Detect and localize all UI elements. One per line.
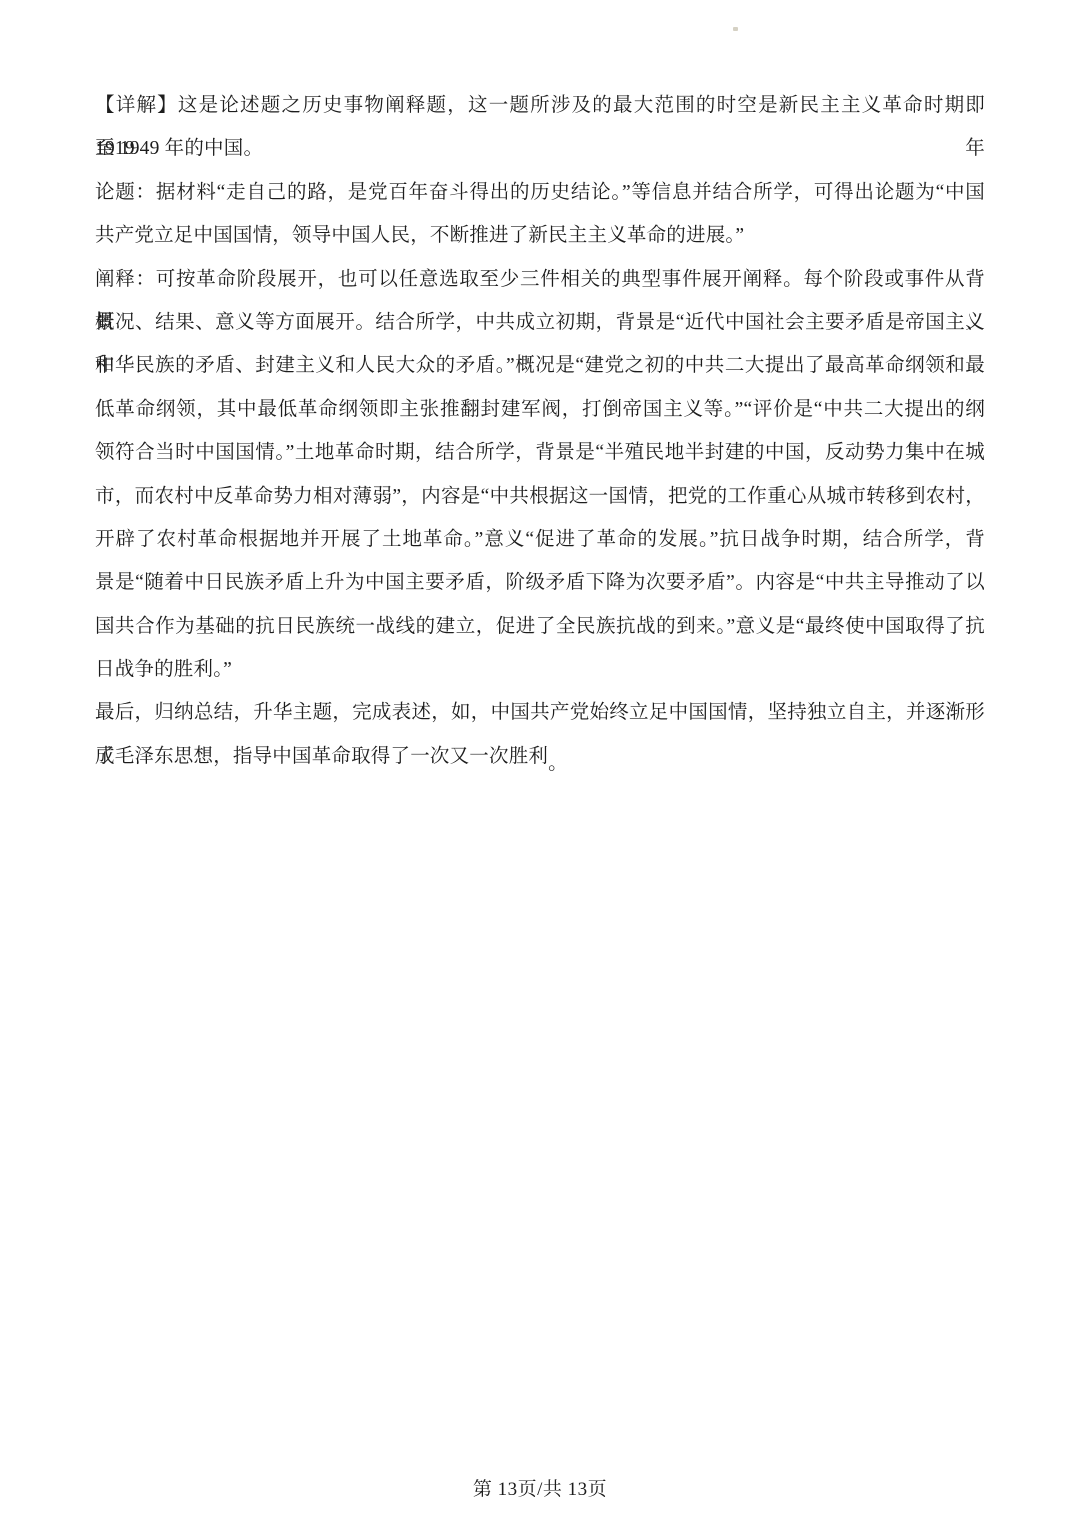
text-line-7: 中华民族的矛盾、封建主义和人民大众的矛盾。”概况是“建党之初的中共二大提出了最高…: [95, 344, 985, 387]
page-number-indicator: 第 13页/共 13页: [473, 1479, 607, 1500]
text-line-6: 概况、结果、意义等方面展开。结合所学，中共成立初期，背景是“近代中国社会主要矛盾…: [95, 301, 985, 344]
page-footer: 第 13页/共 13页: [0, 1474, 1080, 1501]
scan-artifact-dot: [733, 27, 738, 31]
text-line-10: 市，而农村中反革命势力相对薄弱”，内容是“中共根据这一国情，把党的工作重心从城市…: [95, 475, 985, 518]
text-line-1: 【详解】这是论述题之历史事物阐释题，这一题所涉及的最大范围的时空是新民主主义革命…: [95, 84, 985, 127]
text-line-11: 开辟了农村革命根据地并开展了土地革命。”意义“促进了革命的发展。”抗日战争时期，…: [95, 518, 985, 561]
text-line-8: 低革命纲领，其中最低革命纲领即主张推翻封建军阀，打倒帝国主义等。”“评价是“中共…: [95, 388, 985, 431]
text-line-5: 阐释：可按革命阶段展开，也可以任意选取至少三件相关的典型事件展开阐释。每个阶段或…: [95, 258, 985, 301]
text-line-3: 论题：据材料“走自己的路，是党百年奋斗得出的历史结论。”等信息并结合所学，可得出…: [95, 171, 985, 214]
answer-explanation-text: 【详解】这是论述题之历史事物阐释题，这一题所涉及的最大范围的时空是新民主主义革命…: [95, 84, 985, 778]
lowered-period: 。: [548, 753, 568, 774]
text-line-13: 国共合作为基础的抗日民族统一战线的建立，促进了全民族抗战的到来。”意义是“最终使…: [95, 605, 985, 648]
document-page: 【详解】这是论述题之历史事物阐释题，这一题所涉及的最大范围的时空是新民主主义革命…: [0, 0, 1080, 1527]
text-line-14: 日战争的胜利。”: [95, 648, 985, 691]
text-line-4: 共产党立足中国国情，领导中国人民，不断推进了新民主主义革命的进展。”: [95, 214, 985, 257]
text-line-12: 景是“随着中日民族矛盾上升为中国主要矛盾，阶级矛盾下降为次要矛盾”。内容是“中共…: [95, 561, 985, 604]
text-line-16-body: 了毛泽东思想，指导中国革命取得了一次又一次胜利: [95, 746, 548, 767]
text-line-15: 最后，归纳总结，升华主题，完成表述，如，中国共产党始终立足中国国情，坚持独立自主…: [95, 691, 985, 734]
text-line-9: 领符合当时中国国情。”土地革命时期，结合所学，背景是“半殖民地半封建的中国，反动…: [95, 431, 985, 474]
text-line-16: 了毛泽东思想，指导中国革命取得了一次又一次胜利。: [95, 735, 985, 778]
